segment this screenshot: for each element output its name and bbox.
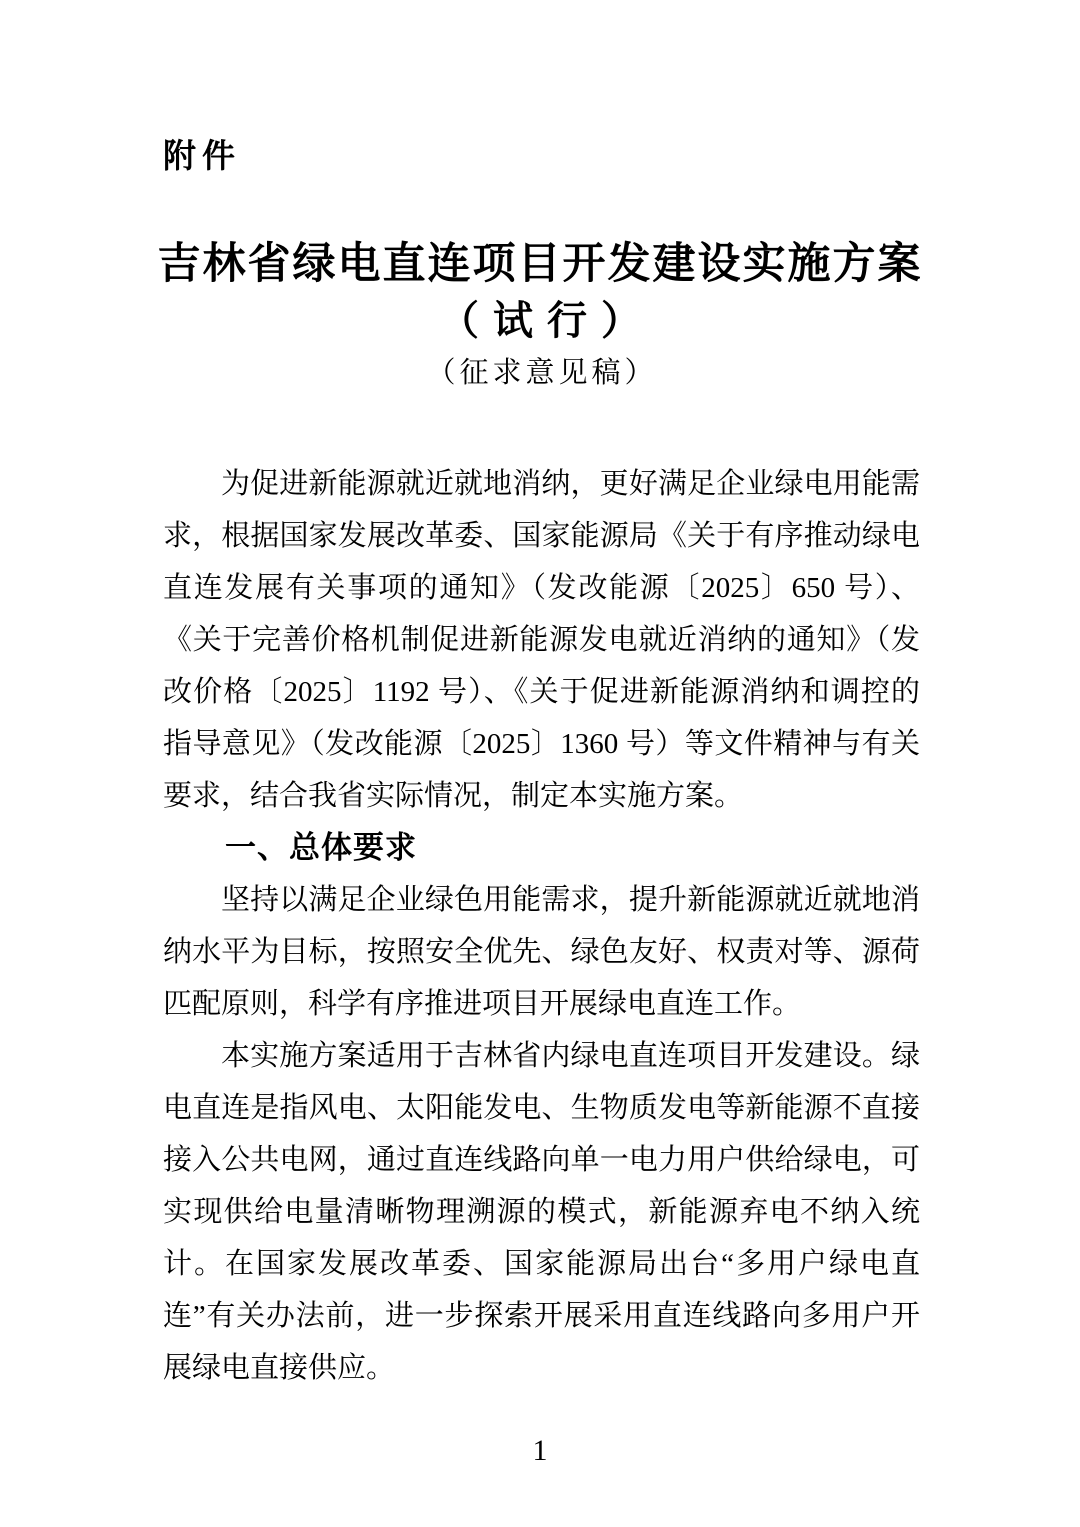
document-body: 为促进新能源就近就地消纳，更好满足企业绿电用能需求，根据国家发展改革委、国家能源… bbox=[163, 458, 920, 1394]
section-heading-1: 一、总体要求 bbox=[163, 822, 920, 874]
attachment-label: 附件 bbox=[163, 138, 241, 174]
paragraph-intro: 为促进新能源就近就地消纳，更好满足企业绿电用能需求，根据国家发展改革委、国家能源… bbox=[163, 458, 920, 822]
paragraph-scope: 本实施方案适用于吉林省内绿电直连项目开发建设。绿电直连是指风电、太阳能发电、生物… bbox=[163, 1030, 920, 1394]
paragraph-overall-goal: 坚持以满足企业绿色用能需求，提升新能源就近就地消纳水平为目标，按照安全优先、绿色… bbox=[163, 874, 920, 1030]
document-title: 吉林省绿电直连项目开发建设实施方案 bbox=[0, 236, 1080, 292]
document-title-trial-note: （试行） bbox=[0, 294, 1080, 348]
document-page: 附件 吉林省绿电直连项目开发建设实施方案 （试行） （征求意见稿） 为促进新能源… bbox=[0, 0, 1080, 1527]
draft-for-comments-note: （征求意见稿） bbox=[0, 352, 1080, 394]
page-number: 1 bbox=[0, 1434, 1080, 1468]
